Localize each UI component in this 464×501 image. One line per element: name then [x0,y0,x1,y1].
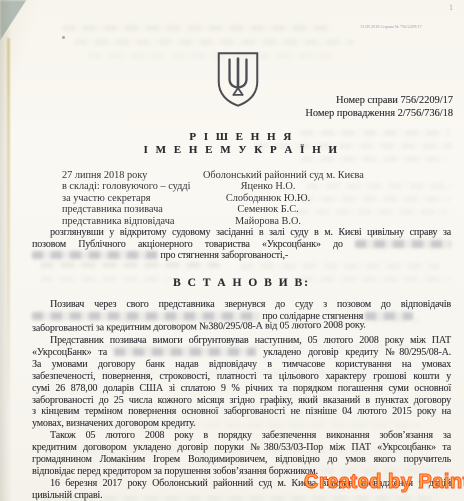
text-run: цивільній справі. [32,490,102,501]
text-run: «УкрсоцБанк» та [32,347,107,358]
document-line: «УкрсоцБанк» та укладено договір кредиту… [32,347,451,359]
document-line: сумі 26 878,00 доларів США зі сплатою 9 … [32,383,451,395]
court-name: Оболонський районний суд м. Києва [203,170,364,181]
document-line: За умовами договору банк надав відповіда… [32,359,451,371]
text-run: позовом Публічного акціонерного товарист… [32,239,343,250]
redacted-smudge [32,312,260,320]
page-number: 1 [449,3,453,12]
composition-label: за участю секретаря [62,193,151,204]
composition-block: 27 липня 2018 рокуОболонський районний с… [32,170,451,227]
composition-row: 27 липня 2018 рокуОболонський районний с… [32,170,451,181]
participant-name: Семенюк Б.С. [203,204,333,215]
document-line: позовом Публічного акціонерного товарист… [32,239,451,251]
composition-row: представника відповідачаМайорова В.О. [32,216,451,227]
text-run: сумі 26 878,00 доларів США зі сплатою 9 … [32,383,451,394]
document-line: про стягнення заборгованості,- [32,250,451,262]
composition-row: за участю секретаряСлободянюк Ю.Ю. [32,193,451,204]
document-line: громадянином Ломакіним Ігорем Володимиро… [32,454,451,466]
composition-row: представника позивачаСеменюк Б.С. [32,204,451,215]
case-number: Номер справи 756/2209/17 [305,95,453,108]
text-run: заборгованості до 25 числа кожного місяц… [32,395,451,406]
redacted-smudge [32,251,158,259]
bleedthrough-text-ghost [240,263,440,269]
established-heading: В С Т А Н О В И В: [32,277,451,289]
text-run: кредитним договором укладено договір пор… [32,442,451,453]
text-run: про стягнення заборгованості,- [160,250,288,261]
case-numbers-block: Номер справи 756/2209/17 Номер проваджен… [305,95,453,121]
scan-speck [62,36,65,39]
participant-name: Яценко Н.О. [203,181,333,192]
participant-name: Майорова В.О. [203,216,333,227]
text-run: розглянувши у відкритому судовому засіда… [50,227,451,238]
proceeding-number: Номер провадження 2/756/736/18 [305,108,453,121]
page-fold-crease [7,38,10,410]
document-line: Позивач через свого представника звернув… [32,299,451,311]
intro-block: розглянувши у відкритому судовому засіда… [32,227,451,262]
decision-title: Р І Ш Е Н Н Я І М Е Н Е М У К Р А Ї Н И [32,131,451,157]
bleedthrough-text-ghost [40,262,220,268]
bleedthrough-text-ghost [74,39,354,45]
document-line: розглянувши у відкритому судовому засіда… [32,227,451,239]
composition-row: в складі: головуючого – суддіЯценко Н.О. [32,181,451,192]
text-run: За умовами договору банк надав відповіда… [32,359,451,370]
scan-header-note: 13.08.2018 Справа № 756/2209/17 [360,25,428,29]
text-run: Також 05 лютого 2008 року в порядку забе… [50,430,451,441]
document-line: Представник позивача вимоги обгрунтовува… [32,335,451,347]
participant-name: Слободянюк Ю.Ю. [203,193,333,204]
bleedthrough-text-ghost [62,25,332,31]
text-run: Представник позивача вимоги обгрунтовува… [50,335,451,346]
page-edge-shadow [0,0,12,501]
document-line: кредитним договором укладено договір пор… [32,442,451,454]
text-run: громадянином Ломакіним Ігорем Володимиро… [32,454,451,465]
document-line: забезпеченості, повернення, строковості,… [32,371,451,383]
title-line-2: І М Е Н Е М У К Р А Ї Н И [32,144,451,157]
document-line: Також 05 лютого 2008 року в порядку забе… [32,430,451,442]
paint-x-watermark: Created by Paint X [304,471,464,494]
title-line-1: Р І Ш Е Н Н Я [32,131,451,144]
text-run: укладено договір кредиту №80/295/08-А. [263,347,451,358]
composition-label: представника відповідача [62,216,174,227]
text-run: відповідає перед кредитором за порушення… [32,466,318,477]
composition-label: представника позивача [62,204,163,215]
document-line: заборгованості до 25 числа кожного місяц… [32,395,451,407]
text-run: забезпеченості, повернення, строковості,… [32,371,451,382]
text-run: умовах, визначених договором кредиту. [32,418,195,429]
document-line: умовах, визначених договором кредиту. [32,418,451,430]
redacted-smudge [114,348,256,356]
coat-of-arms-icon [213,51,263,108]
composition-label: в складі: головуючого – судді [62,181,191,192]
text-run: Позивач через свого представника звернув… [50,299,451,310]
composition-label: 27 липня 2018 року [62,170,147,181]
text-run: заборгованості за кредитним договором №3… [32,319,366,333]
document-line: з кінцевим терміном повернення основної … [32,406,451,418]
redacted-smudge [355,240,451,248]
scanned-court-decision-page: 1 13.08.2018 Справа № 756/2209/17 Номер … [0,0,464,501]
text-run: з кінцевим терміном повернення основної … [32,406,451,417]
